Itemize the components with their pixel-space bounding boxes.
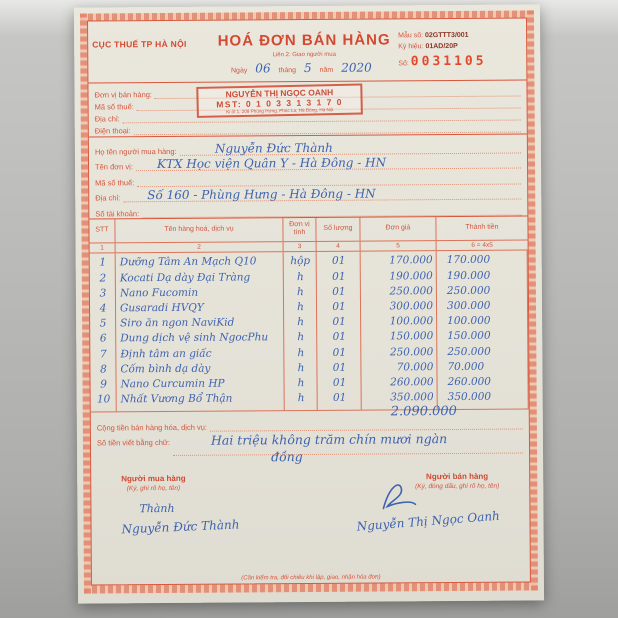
table-header-row: STT Tên hàng hoá, dịch vụ Đơn vị tính Số… — [89, 216, 527, 243]
total-amount-handwritten: 2.090.000 — [391, 404, 457, 419]
item-unit-price: 170.000 — [361, 254, 437, 267]
item-name: Nano Fucomin — [116, 286, 284, 299]
serial-label: Ký hiệu: — [398, 43, 423, 50]
item-amount: 190.000 — [437, 269, 528, 282]
item-stt: 6 — [90, 333, 116, 345]
item-name: Nano Curcumin HP — [117, 377, 285, 390]
item-unit: h — [284, 301, 317, 313]
photo-background: CỤC THUẾ TP HÀ NỘI HOÁ ĐƠN BÁN HÀNG Liên… — [0, 0, 618, 618]
item-amount: 150.000 — [437, 330, 528, 343]
invoice-number: 0031105 — [411, 54, 487, 70]
seller-section: Đơn vị bán hàng: Mã số thuế: Địa chỉ: Đi… — [88, 80, 526, 137]
invoice-paper: CỤC THUẾ TP HÀ NỘI HOÁ ĐƠN BÁN HÀNG Liên… — [74, 4, 544, 603]
item-amount: 260.000 — [438, 375, 529, 388]
item-quantity: 01 — [317, 255, 361, 267]
item-name: Siro ăn ngon NaviKid — [116, 316, 284, 329]
dotted-line — [134, 123, 521, 136]
handwritten-items: 1 Dưỡng Tâm An Mạch Q10 hộp 01 170.000 1… — [90, 252, 529, 407]
item-stt: 7 — [90, 348, 116, 360]
col-header-unit: Đơn vị tính — [283, 218, 316, 241]
item-unit-price: 190.000 — [361, 270, 437, 283]
col-number-6: 6 = 4x5 — [437, 240, 528, 250]
form-no-label: Mẫu số: — [398, 32, 423, 39]
item-unit-price: 260.000 — [362, 376, 438, 389]
amount-words-line2: đồng — [271, 446, 531, 465]
amount-words-label: Số tiền viết bằng chữ: — [97, 438, 170, 448]
date-line: Ngày 06 tháng 5 năm 2020 — [210, 60, 398, 75]
buyer-unit-label: Tên đơn vị: — [95, 162, 133, 171]
items-table: STT Tên hàng hoá, dịch vụ Đơn vị tính Số… — [89, 216, 528, 412]
item-name: Kocati Dạ dày Đại Tràng — [116, 271, 284, 284]
item-unit: h — [284, 316, 317, 328]
total-label: Cộng tiền bán hàng hóa, dịch vụ: — [97, 422, 207, 432]
buyer-account-line: Số tài khoản: — [95, 200, 521, 218]
col-header-qty: Số lượng — [316, 218, 360, 241]
buyer-account-label: Số tài khoản: — [95, 209, 139, 218]
copy-note: Liên 2: Giao người mua — [210, 51, 398, 58]
seller-tax-label: Mã số thuế: — [95, 102, 134, 111]
col-header-name: Tên hàng hoá, dịch vụ — [115, 218, 283, 242]
item-stt: 4 — [90, 302, 116, 314]
item-unit: h — [284, 331, 317, 343]
seller-unit-label: Đơn vị bán hàng: — [95, 90, 153, 99]
item-quantity: 01 — [317, 316, 361, 328]
item-quantity: 01 — [317, 270, 361, 282]
item-stt: 1 — [90, 257, 116, 269]
buyer-signature-title: Người mua hàng — [121, 474, 185, 483]
item-amount: 250.000 — [437, 284, 528, 297]
form-no-value: 02GTTT3/001 — [425, 32, 469, 39]
buyer-tax-label: Mã số thuế: — [95, 178, 134, 187]
table-body: 1 Dưỡng Tâm An Mạch Q10 hộp 01 170.000 1… — [90, 250, 529, 412]
date-day-handwritten: 06 — [255, 61, 270, 75]
date-word-year: năm — [320, 67, 334, 74]
item-amount: 100.000 — [437, 315, 528, 328]
col-header-stt: STT — [89, 219, 115, 242]
item-amount: 300.000 — [437, 299, 528, 312]
item-name: Nhất Vương Bổ Thận — [117, 392, 285, 405]
item-quantity: 01 — [318, 392, 362, 404]
serial-value: 01AD/20P — [425, 42, 457, 49]
item-amount: 170.000 — [437, 254, 528, 267]
item-unit-price: 70.000 — [361, 361, 437, 374]
buyer-signature-short: Thành — [139, 502, 174, 515]
amount-words-handwritten: Hai triệu không trăm chín mươi ngàn đồng — [211, 429, 531, 465]
item-unit: h — [285, 392, 318, 404]
item-unit: h — [284, 286, 317, 298]
header-center: HOÁ ĐƠN BÁN HÀNG Liên 2: Giao người mua … — [210, 25, 398, 77]
item-unit: h — [284, 271, 317, 283]
invoice-title: HOÁ ĐƠN BÁN HÀNG — [210, 31, 398, 49]
item-unit: h — [285, 377, 318, 389]
item-unit-price: 100.000 — [361, 315, 437, 328]
item-quantity: 01 — [317, 301, 361, 313]
amount-in-words-row: Số tiền viết bằng chữ: Hai triệu không t… — [91, 431, 529, 468]
item-amount: 70.000 — [437, 360, 528, 373]
item-amount: 350.000 — [438, 391, 529, 404]
item-stt: 9 — [91, 378, 117, 390]
number-label: Số: — [398, 60, 409, 67]
item-quantity: 01 — [317, 331, 361, 343]
date-year-handwritten: 2020 — [341, 61, 372, 75]
amount-words-line1: Hai triệu không trăm chín mươi ngàn — [211, 431, 447, 448]
seller-address-label: Địa chỉ: — [95, 114, 120, 123]
item-stt: 3 — [90, 287, 116, 299]
item-stt: 8 — [90, 363, 116, 375]
seller-signature-title: Người bán hàng — [415, 471, 499, 481]
item-name: Cốm bình dạ dày — [116, 362, 284, 375]
buyer-signature-note: (Ký, ghi rõ họ, tên) — [121, 485, 185, 492]
item-unit-price: 250.000 — [361, 285, 437, 298]
signatures-section: Người mua hàng (Ký, ghi rõ họ, tên) Ngườ… — [91, 465, 530, 576]
item-name: Gusaradi HVQY — [116, 301, 284, 314]
date-month-handwritten: 5 — [304, 61, 312, 75]
buyer-section: Họ tên người mua hàng: Nguyễn Đức Thành … — [89, 134, 528, 219]
item-unit-price: 300.000 — [361, 300, 437, 313]
item-stt: 2 — [90, 272, 116, 284]
col-number-2: 2 — [116, 242, 284, 252]
item-unit-price: 250.000 — [361, 346, 437, 359]
table-row: 10 Nhất Vương Bổ Thận h 01 350.000 350.0… — [91, 389, 529, 407]
item-quantity: 01 — [317, 361, 361, 373]
seller-signature-note: (Ký, đóng dấu, ghi rõ họ, tên) — [415, 482, 499, 490]
item-stt: 5 — [90, 317, 116, 329]
item-quantity: 01 — [317, 346, 361, 358]
item-unit-price: 150.000 — [361, 330, 437, 343]
item-unit: h — [284, 362, 317, 374]
seller-stamp: NGUYỄN THỊ NGỌC OANH MST: 0 1 0 3 3 1 3 … — [196, 83, 363, 117]
item-name: Định tâm an giấc — [116, 347, 284, 360]
col-number-3: 3 — [284, 242, 317, 251]
item-name: Dung dịch vệ sinh NgocPhu — [116, 331, 284, 344]
date-word-day: Ngày — [231, 67, 247, 74]
header-right: Mẫu số: 02GTTT3/001 Ký hiệu: 01AD/20P Số… — [398, 25, 522, 77]
tax-office: CỤC THUẾ TP HÀ NỘI — [92, 39, 210, 50]
seller-phone-label: Điện thoại: — [95, 126, 131, 135]
dotted-line — [142, 205, 521, 218]
buyer-address-label: Địa chỉ: — [95, 193, 120, 202]
item-unit: hộp — [284, 255, 317, 267]
col-number-4: 4 — [317, 241, 361, 250]
number-line: Số: 0031105 — [398, 52, 522, 72]
invoice-header: CỤC THUẾ TP HÀ NỘI HOÁ ĐƠN BÁN HÀNG Liên… — [88, 18, 526, 83]
invoice-frame: CỤC THUẾ TP HÀ NỘI HOÁ ĐƠN BÁN HÀNG Liên… — [87, 17, 531, 585]
header-left: CỤC THUẾ TP HÀ NỘI — [92, 27, 210, 79]
item-quantity: 01 — [317, 285, 361, 297]
date-word-month: tháng — [279, 67, 297, 74]
col-number-1: 1 — [90, 243, 116, 252]
col-header-amount: Thành tiền — [436, 216, 527, 239]
item-amount: 250.000 — [437, 345, 528, 358]
col-header-price: Đơn giá — [360, 217, 436, 240]
col-number-5: 5 — [361, 241, 437, 251]
item-stt: 10 — [91, 393, 117, 405]
item-unit-price: 350.000 — [362, 391, 438, 404]
item-quantity: 01 — [318, 377, 362, 389]
item-name: Dưỡng Tâm An Mạch Q10 — [116, 256, 284, 269]
item-unit: h — [284, 346, 317, 358]
buyer-name-handwritten: Nguyễn Đức Thành — [215, 140, 333, 155]
